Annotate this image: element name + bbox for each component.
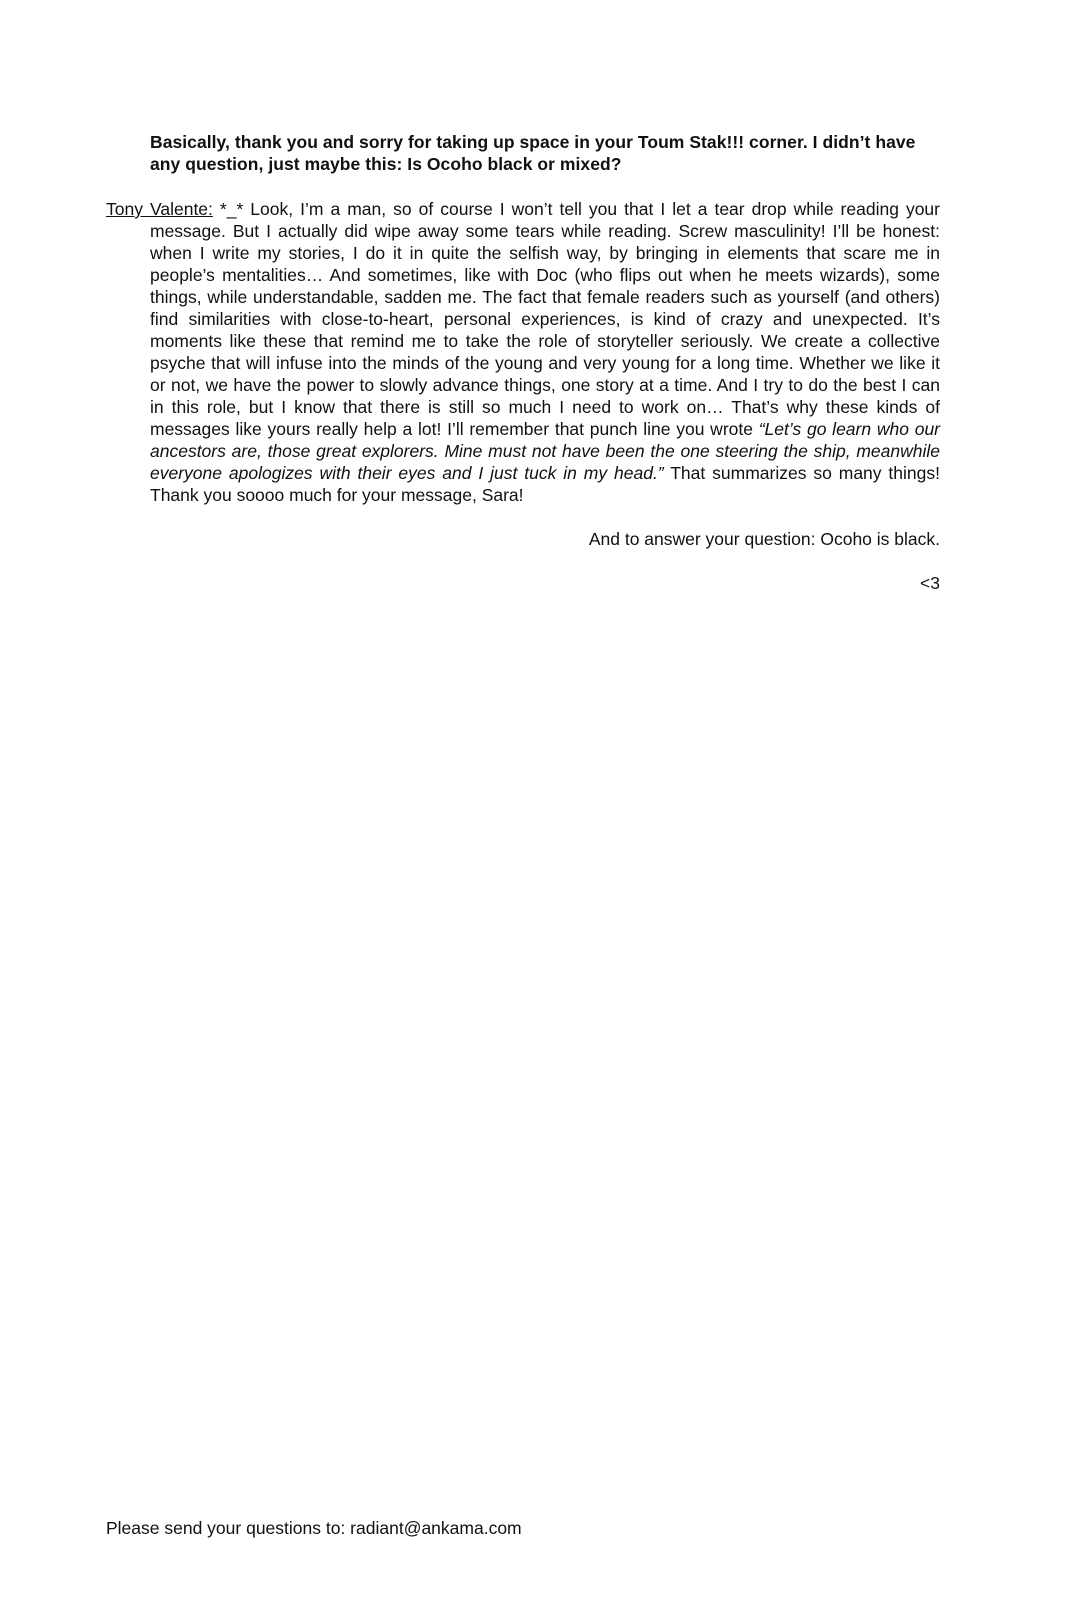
author-answer: Tony Valente: *_* Look, I’m a man, so of… <box>106 198 940 506</box>
answer-closing: And to answer your question: Ocoho is bl… <box>589 528 940 550</box>
heart-sign-off: <3 <box>920 572 940 594</box>
speaker-name: Tony Valente: <box>106 199 213 219</box>
answer-body: *_* Look, I’m a man, so of course I won’… <box>150 199 940 439</box>
document-page: Basically, thank you and sorry for takin… <box>0 0 1067 1600</box>
reader-question: Basically, thank you and sorry for takin… <box>150 131 940 175</box>
footer-contact: Please send your questions to: radiant@a… <box>106 1517 522 1539</box>
